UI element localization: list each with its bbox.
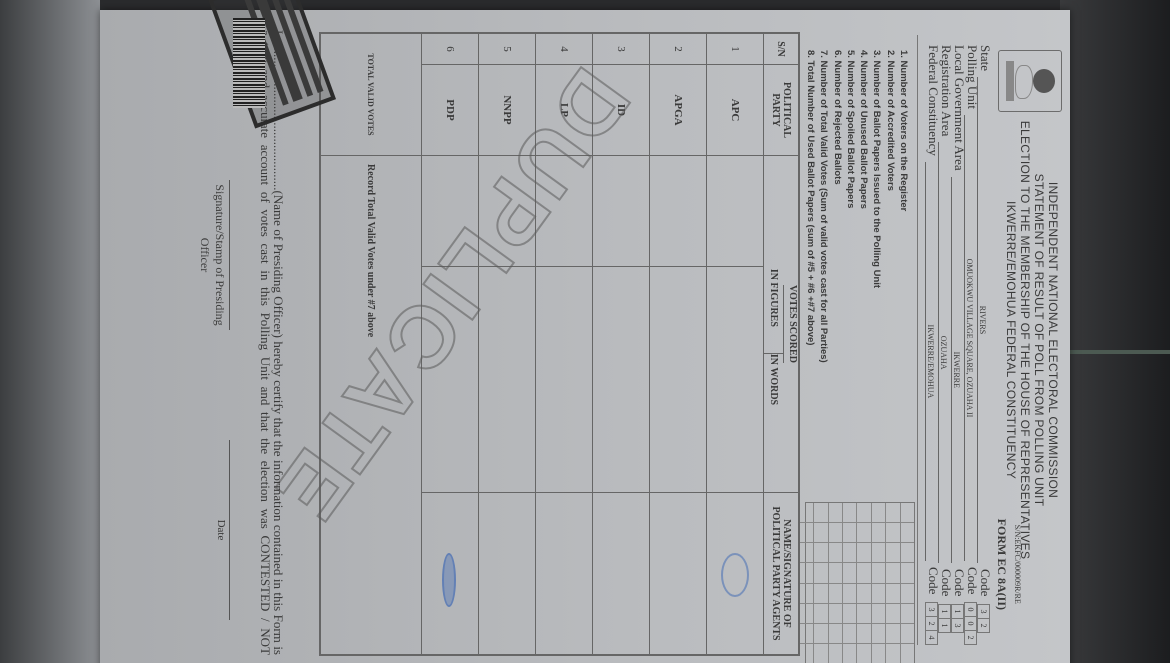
table-row: 2 APGA	[649, 34, 706, 654]
header-line2: STATEMENT OF RESULT OF POLL FROM POLLING…	[1032, 10, 1046, 663]
summary-entry-boxes	[805, 502, 915, 663]
barcode	[233, 18, 265, 108]
table-row: 1 APC	[706, 34, 763, 654]
form-number-block: S/N:EKFC/000009R/RE FORM EC 8A(II)	[994, 519, 1022, 610]
official-stamp	[208, 0, 336, 129]
votes-words-cell	[707, 267, 763, 493]
date-line: Date	[215, 440, 230, 620]
divider	[917, 35, 918, 645]
background-right	[1060, 0, 1170, 663]
field-federal-constituency: Federal Constituency IKWERRE/EMOHUA Code…	[925, 45, 938, 645]
party-name: APC	[707, 65, 763, 156]
background-left	[0, 0, 100, 663]
votes-words-cell	[536, 267, 592, 493]
header-sn: S/N	[764, 34, 798, 65]
field-state: State RIVERS Code 32	[977, 45, 990, 645]
agent-signature-cell	[422, 493, 478, 654]
location-fields: State RIVERS Code 32 Polling Unit OMUOKW…	[925, 45, 990, 645]
agent-signature-mark	[721, 553, 749, 597]
table-header: S/N POLITICAL PARTY VOTES SCORED IN FIGU…	[763, 34, 798, 654]
field-value: OMUOKWU VILLAGE SQUARE, OZUAHA II	[964, 115, 974, 561]
header-agents: NAME/SIGNATURE OF POLITICAL PARTY AGENTS	[764, 493, 798, 654]
total-label: TOTAL VALID VOTES	[321, 34, 421, 156]
field-value: IKWERRE/EMOHUA	[925, 162, 935, 561]
agent-signature-cell	[593, 493, 649, 654]
background-strip	[1065, 350, 1170, 354]
field-value: RIVERS	[977, 77, 987, 563]
field-value: OZUAHA	[938, 142, 948, 563]
agent-signature-mark	[442, 553, 456, 607]
header-party: POLITICAL PARTY	[764, 65, 798, 156]
votes-words-cell	[650, 267, 706, 493]
field-value: IKWERRE	[951, 177, 961, 563]
result-form-sheet: INDEPENDENT NATIONAL ELECTORAL COMMISSIO…	[100, 10, 1070, 663]
agent-signature-cell	[707, 493, 763, 654]
header-votes-scored: VOTES SCORED IN FIGURES IN WORDS	[764, 156, 798, 493]
form-number: FORM EC 8A(II)	[994, 519, 1009, 610]
header-line1: INDEPENDENT NATIONAL ELECTORAL COMMISSIO…	[1046, 10, 1060, 663]
party-name: APGA	[650, 65, 706, 156]
votes-figures-cell	[650, 156, 706, 267]
votes-figures-cell	[707, 156, 763, 267]
presiding-officer-signature-line: Signature/Stamp of Presiding Officer	[197, 180, 230, 330]
agent-signature-cell	[479, 493, 535, 654]
party-name: PDP	[422, 65, 478, 156]
votes-words-cell	[593, 267, 649, 493]
serial-number: S/N:EKFC/000009R/RE	[1013, 519, 1022, 610]
agent-signature-cell	[650, 493, 706, 654]
agent-signature-cell	[536, 493, 592, 654]
